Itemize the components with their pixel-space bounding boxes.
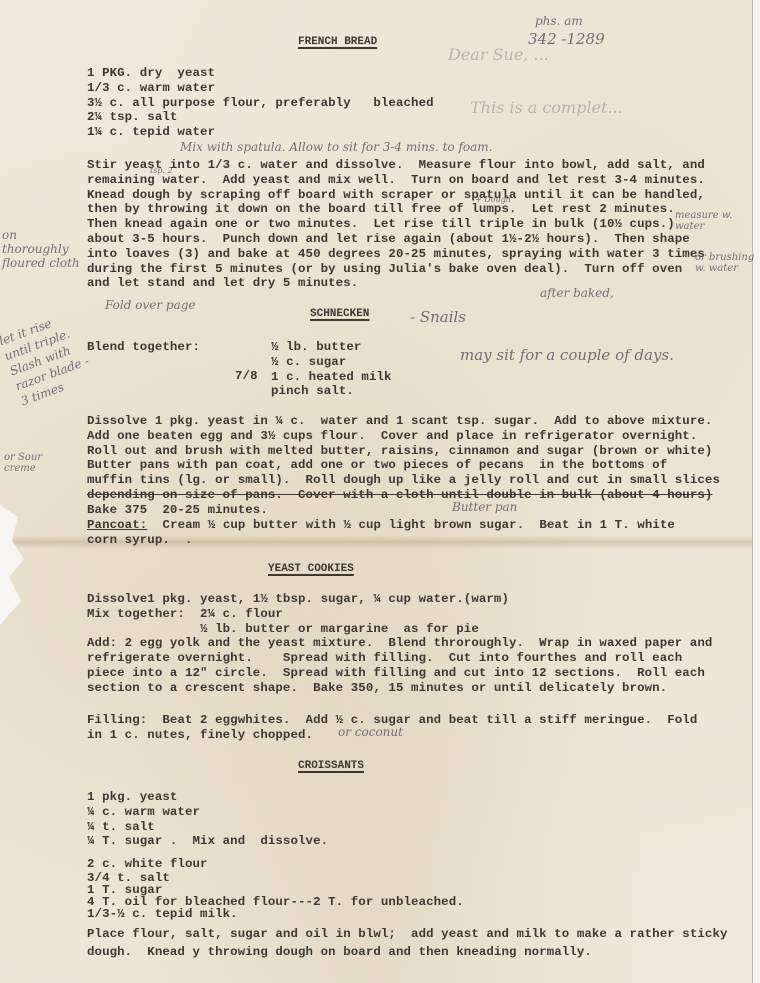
croissants-group-1: 1 pkg. yeast ¼ c. warm water ¼ t. salt ¼… xyxy=(87,790,328,849)
milk-fraction-note: 7/8 xyxy=(235,369,258,384)
french-bread-instructions: Stir yeast into 1/3 c. water and dissolv… xyxy=(87,158,705,291)
margin-note-floured: on thoroughly floured cloth xyxy=(2,228,82,270)
yeast-cookies-text: Dissolve1 pkg. yeast, 1½ tbsp. sugar, ¼ … xyxy=(87,592,712,696)
hand-butter-pan: Butter pan xyxy=(452,500,517,514)
instruction-line: Bake 375 20-25 minutes. xyxy=(87,503,720,518)
recipe-line: Add: 2 egg yolk and the yeast mixture. B… xyxy=(87,636,712,651)
blend-items: ½ lb. butter ½ c. sugar 1 c. heated milk… xyxy=(271,340,392,399)
blend-item: 1 c. heated milk xyxy=(271,370,392,385)
instruction-line: Place flour, salt, sugar and oil in blwl… xyxy=(87,925,728,943)
instruction-line: into loaves (3) and bake at 450 degrees … xyxy=(87,247,705,262)
margin-note-measure: measure w. water xyxy=(675,210,755,232)
hand-snails: - Snails xyxy=(410,308,466,326)
instruction-line: about 3-5 hours. Punch down and let rise… xyxy=(87,232,705,247)
french-bread-title: FRENCH BREAD xyxy=(298,36,377,48)
hand-coconut: or coconut xyxy=(338,725,403,739)
recipe-line: piece into a 12" circle. Spread with fil… xyxy=(87,666,712,681)
hand-fold-page: Fold over page xyxy=(105,298,196,312)
ingredient: 1 PKG. dry yeast xyxy=(87,66,434,81)
ingredient: 1 pkg. yeast xyxy=(87,790,328,805)
instruction-line: Roll out and brush with melted butter, r… xyxy=(87,444,720,459)
instruction-line: Dissolve 1 pkg. yeast in ¼ c. water and … xyxy=(87,414,720,429)
instruction-line: depending on size of pans. Cover with a … xyxy=(87,488,720,503)
schnecken-instructions: Dissolve 1 pkg. yeast in ¼ c. water and … xyxy=(87,414,720,518)
instruction-line: Add one beaten egg and 3½ cups flour. Co… xyxy=(87,429,720,444)
ingredient: 2¼ tsp. salt xyxy=(87,110,434,125)
hand-note-spatula: Mix with spatula. Allow to sit for 3-4 m… xyxy=(180,140,492,154)
ingredient: 1/3-½ c. tepid milk. xyxy=(87,908,464,920)
recipe-line: ½ lb. butter or margarine as for pie xyxy=(87,622,712,637)
ingredient: ¼ T. sugar . Mix and dissolve. xyxy=(87,834,328,849)
croissants-instructions: Place flour, salt, sugar and oil in blwl… xyxy=(87,925,728,961)
french-bread-ingredients: 1 PKG. dry yeast 1/3 c. warm water 3½ c.… xyxy=(87,66,434,140)
margin-note-sour-creme: or Sour creme xyxy=(4,452,44,474)
instruction-line: muffin tins (lg. or small). Roll dough u… xyxy=(87,473,720,488)
instruction-line: during the first 5 minutes (or by using … xyxy=(87,262,705,277)
instruction-line: dough. Knead y throwing dough on board a… xyxy=(87,943,728,961)
margin-note-brushing: or brushing w. water xyxy=(695,252,760,274)
hand-after-baked: after baked, xyxy=(540,286,614,300)
yeast-cookies-title: YEAST COOKIES xyxy=(268,563,354,575)
bleed-text-2: This is a complet... xyxy=(470,98,623,117)
pancoat-label: Pancoat: xyxy=(87,518,147,533)
bleed-text-1: Dear Sue, ... xyxy=(448,45,549,64)
pancoat-text-2: corn syrup. . xyxy=(87,533,193,548)
ingredient: 3½ c. all purpose flour, preferably blea… xyxy=(87,96,434,111)
ingredient: 2 c. white flour xyxy=(87,857,464,872)
phone-label: phs. am xyxy=(535,14,583,28)
ingredient: 1/3 c. warm water xyxy=(87,81,434,96)
schnecken-title: SCHNECKEN xyxy=(310,308,369,320)
instruction-line: Then knead again one or two minutes. Let… xyxy=(87,217,705,232)
recipe-line: refrigerate overnight. Spread with filli… xyxy=(87,651,712,666)
ingredient: ¼ c. warm water xyxy=(87,805,328,820)
ingredient: ¼ t. salt xyxy=(87,820,328,835)
blend-label: Blend together: xyxy=(87,340,200,355)
blend-item: pinch salt. xyxy=(271,384,392,399)
croissants-title: CROISSANTS xyxy=(298,760,364,772)
instruction-line: Stir yeast into 1/3 c. water and dissolv… xyxy=(87,158,705,173)
recipe-line: Dissolve1 pkg. yeast, 1½ tbsp. sugar, ¼ … xyxy=(87,592,712,607)
blend-item: ½ c. sugar xyxy=(271,355,392,370)
croissants-group-2: 2 c. white flour 3/4 t. salt 1 T. sugar … xyxy=(87,857,464,920)
recipe-line: Mix together: 2¼ c. flour xyxy=(87,607,712,622)
instruction-line: Knead dough by scraping off board with s… xyxy=(87,188,705,203)
instruction-line: Butter pans with pan coat, add one or tw… xyxy=(87,458,720,473)
pancoat-text: Cream ½ cup butter with ½ cup light brow… xyxy=(155,518,675,533)
ingredient: 1¼ c. tepid water xyxy=(87,125,434,140)
instruction-line: remaining water. Add yeast and mix well.… xyxy=(87,173,705,188)
instruction-line: then by throwing it down on the board ti… xyxy=(87,202,705,217)
recipe-line: section to a crescent shape. Bake 350, 1… xyxy=(87,681,712,696)
blend-item: ½ lb. butter xyxy=(271,340,392,355)
hand-sit-days: may sit for a couple of days. xyxy=(460,344,720,366)
